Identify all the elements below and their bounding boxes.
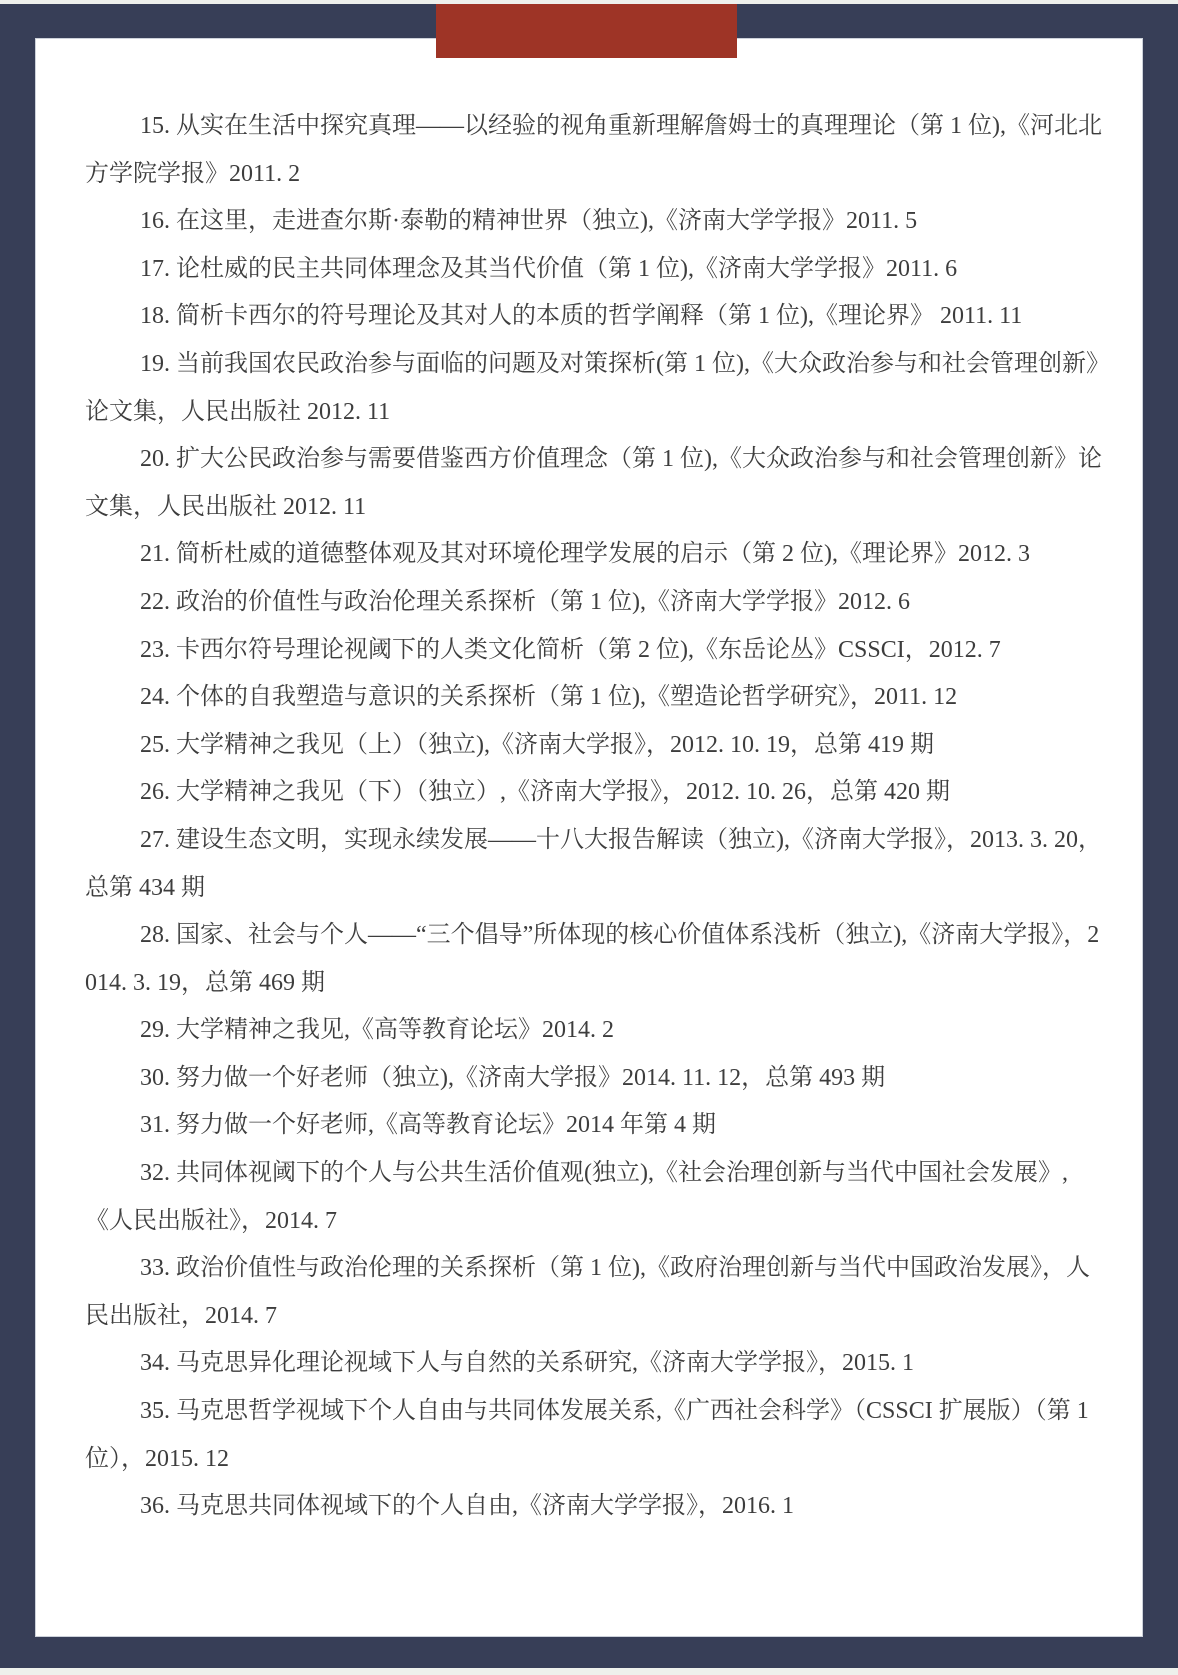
publication-item-15: 15. 从实在生活中探究真理——以经验的视角重新理解詹姆士的真理理论（第 1 位… [85,103,1104,198]
publication-item-16: 16. 在这里，走进查尔斯·泰勒的精神世界（独立),《济南大学学报》2011. … [85,198,1104,246]
publication-item-27: 27. 建设生态文明，实现永续发展——十八大报告解读（独立),《济南大学报》，2… [85,817,1104,912]
publication-item-21: 21. 简析杜威的道德整体观及其对环境伦理学发展的启示（第 2 位),《理论界》… [85,531,1104,579]
publication-item-17: 17. 论杜威的民主共同体理念及其当代价值（第 1 位),《济南大学学报》201… [85,246,1104,294]
red-tab-accent [436,4,737,58]
publication-list: 15. 从实在生活中探究真理——以经验的视角重新理解詹姆士的真理理论（第 1 位… [36,39,1142,1531]
publication-item-29: 29. 大学精神之我见,《高等教育论坛》2014. 2 [85,1007,1104,1055]
publication-item-23: 23. 卡西尔符号理论视阈下的人类文化简析（第 2 位),《东岳论丛》CSSCI… [85,627,1104,675]
publication-item-26: 26. 大学精神之我见（下）（独立）,《济南大学报》，2012. 10. 26，… [85,769,1104,817]
publication-item-35: 35. 马克思哲学视域下个人自由与共同体发展关系,《广西社会科学》（CSSCI … [85,1388,1104,1483]
publication-item-18: 18. 简析卡西尔的符号理论及其对人的本质的哲学阐释（第 1 位),《理论界》 … [85,293,1104,341]
publication-item-25: 25. 大学精神之我见（上）（独立),《济南大学报》，2012. 10. 19，… [85,722,1104,770]
publication-item-33: 33. 政治价值性与政治伦理的关系探析（第 1 位),《政府治理创新与当代中国政… [85,1245,1104,1340]
publication-item-20: 20. 扩大公民政治参与需要借鉴西方价值理念（第 1 位),《大众政治参与和社会… [85,436,1104,531]
publication-item-34: 34. 马克思异化理论视域下人与自然的关系研究,《济南大学学报》，2015. 1 [85,1340,1104,1388]
publication-item-31: 31. 努力做一个好老师,《高等教育论坛》2014 年第 4 期 [85,1102,1104,1150]
publication-item-28: 28. 国家、社会与个人——“三个倡导”所体现的核心价值体系浅析（独立),《济南… [85,912,1104,1007]
publication-item-24: 24. 个体的自我塑造与意识的关系探析（第 1 位),《塑造论哲学研究》，201… [85,674,1104,722]
publication-item-22: 22. 政治的价值性与政治伦理关系探析（第 1 位),《济南大学学报》2012.… [85,579,1104,627]
publication-item-36: 36. 马克思共同体视域下的个人自由,《济南大学学报》，2016. 1 [85,1483,1104,1531]
publication-item-19: 19. 当前我国农民政治参与面临的问题及对策探析(第 1 位),《大众政治参与和… [85,341,1104,436]
publication-item-30: 30. 努力做一个好老师（独立),《济南大学报》2014. 11. 12，总第 … [85,1055,1104,1103]
publication-item-32: 32. 共同体视阈下的个人与公共生活价值观(独立),《社会治理创新与当代中国社会… [85,1150,1104,1245]
document-page: 15. 从实在生活中探究真理——以经验的视角重新理解詹姆士的真理理论（第 1 位… [35,38,1143,1637]
page: 15. 从实在生活中探究真理——以经验的视角重新理解詹姆士的真理理论（第 1 位… [0,0,1178,1675]
